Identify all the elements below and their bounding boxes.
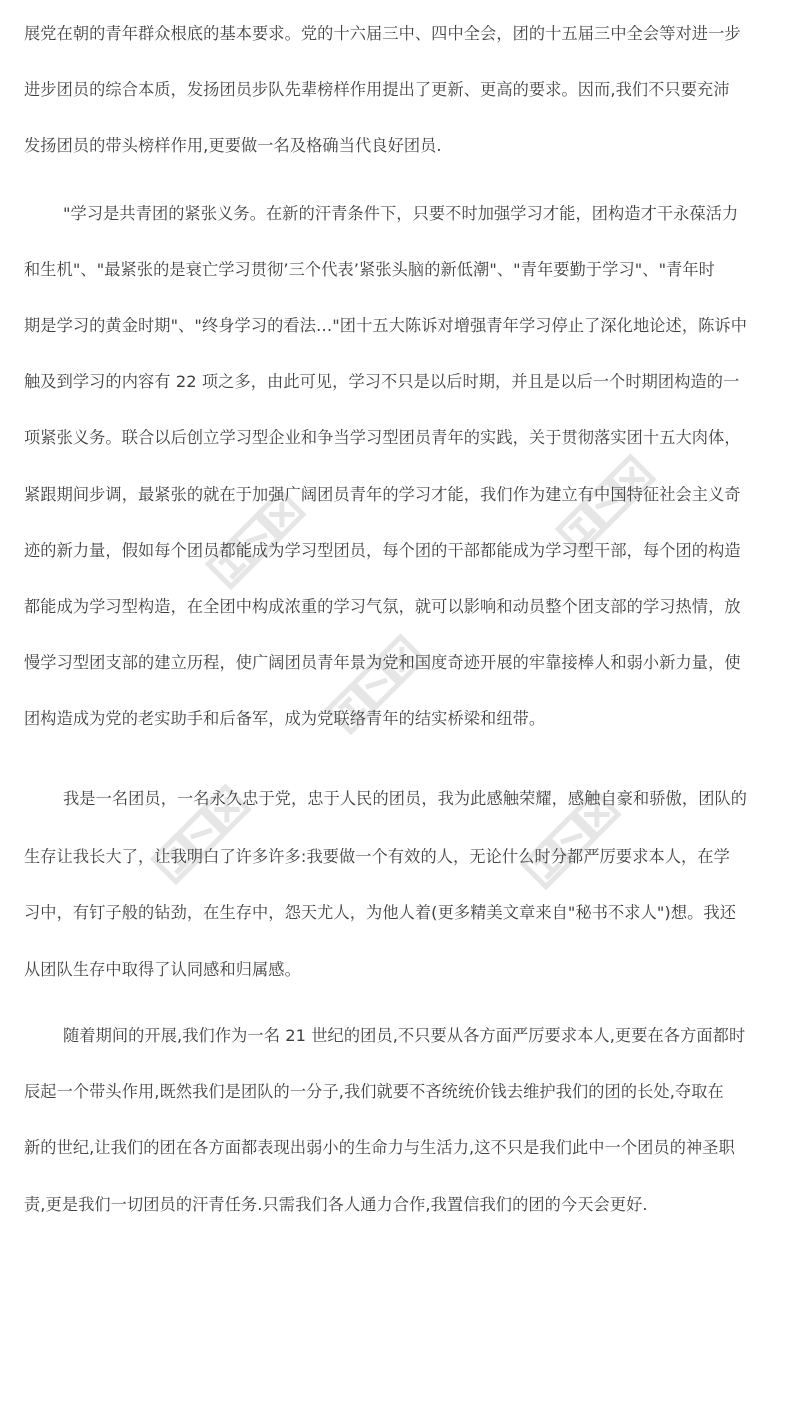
text-line: 团构造成为党的老实助手和后备军，成为党联络青年的结实桥梁和纽带。 bbox=[24, 707, 784, 731]
text-line: 紧跟期间步调，最紧张的就在于加强广阔团员青年的学习才能，我们作为建立有中国特征社… bbox=[24, 483, 784, 507]
text-line: 生存让我长大了，让我明白了许多许多:我要做一个有效的人，无论什么时分都严厉要求本… bbox=[24, 845, 784, 869]
text-line: 期是学习的黄金时期"、"终身学习的看法…"团十五大陈诉对增强青年学习停止了深化地… bbox=[24, 314, 784, 338]
text-line: 辰起一个带头作用,既然我们是团队的一分子,我们就要不吝统统价钱去维护我们的团的长… bbox=[24, 1080, 784, 1104]
text-line: 进步团员的综合本质，发扬团员步队先辈榜样作用提出了更新、更高的要求。因而,我们不… bbox=[24, 78, 784, 102]
text-line: "学习是共青团的紧张义务。在新的汗青条件下，只要不时加强学习才能，团构造才干永葆… bbox=[63, 202, 785, 226]
text-line: 发扬团员的带头榜样作用,更要做一名及格确当代良好团员. bbox=[24, 134, 784, 158]
text-line: 慢学习型团支部的建立历程，使广阔团员青年景为党和国度奇迹开展的牢靠接棒人和弱小新… bbox=[24, 651, 784, 675]
text-line: 责,更是我们一切团员的汗青任务.只需我们各人通力合作,我置信我们的团的今天会更好… bbox=[24, 1193, 784, 1217]
text-line: 习中，有钉子般的钻劲，在生存中，怨天尤人，为他人着(更多精美文章来自"秘书不求人… bbox=[24, 901, 784, 925]
text-line: 项紧张义务。联合以后创立学习型企业和争当学习型团员青年的实践，关于贯彻落实团十五… bbox=[24, 426, 784, 450]
text-line: 触及到学习的内容有 22 项之多，由此可见，学习不只是以后时期，并且是以后一个时… bbox=[24, 370, 784, 394]
text-line: 从团队生存中取得了认同感和归属感。 bbox=[24, 958, 784, 982]
text-line: 迹的新力量，假如每个团员都能成为学习型团员，每个团的干部都能成为学习型干部，每个… bbox=[24, 539, 784, 563]
text-line: 我是一名团员，一名永久忠于党，忠于人民的团员，我为此感触荣耀，感触自豪和骄傲，团… bbox=[63, 787, 785, 811]
text-line: 随着期间的开展,我们作为一名 21 世纪的团员,不只要从各方面严厉要求本人,更要… bbox=[63, 1024, 785, 1048]
document-page: 展党在朝的青年群众根底的基本要求。党的十六届三中、四中全会，团的十五届三中全会等… bbox=[0, 0, 800, 1410]
text-line: 新的世纪,让我们的团在各方面都表现出弱小的生命力与生活力,这不只是我们此中一个团… bbox=[24, 1136, 784, 1160]
text-line: 和生机"、"最紧张的是衰亡学习贯彻’三个代表’紧张头脑的新低潮"、"青年要勤于学… bbox=[24, 258, 784, 282]
text-line: 都能成为学习型构造，在全团中构成浓重的学习气氛，就可以影响和动员整个团支部的学习… bbox=[24, 595, 784, 619]
text-line: 展党在朝的青年群众根底的基本要求。党的十六届三中、四中全会，团的十五届三中全会等… bbox=[24, 22, 784, 46]
